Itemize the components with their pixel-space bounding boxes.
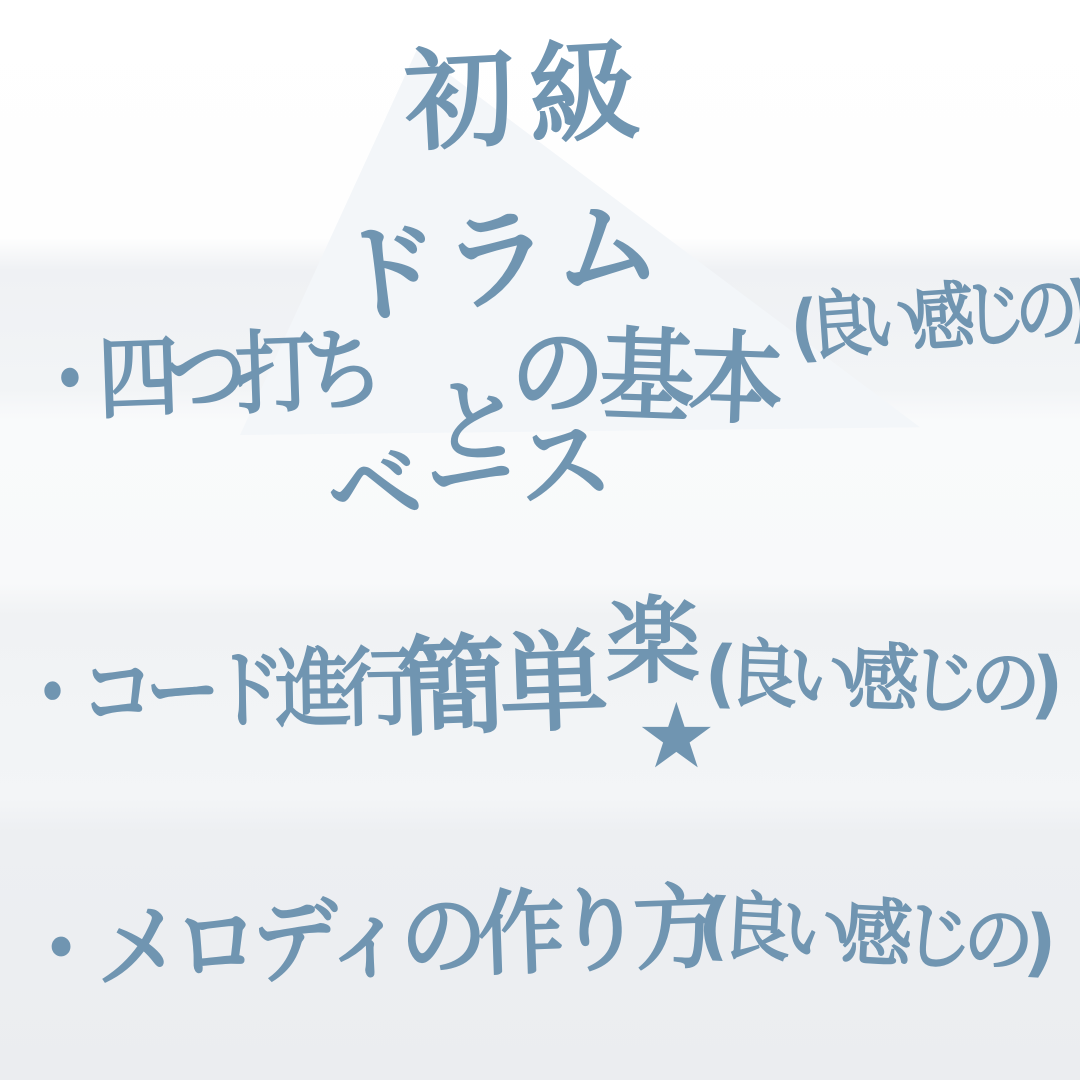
item2-good-feel-note: (良い感じの) xyxy=(703,636,1055,722)
item2-easy-descriptor: 簡単 xyxy=(396,629,604,744)
item3-good-feel-note: (良い感じの) xyxy=(696,888,1049,980)
bullet-item-melody-writing: ・メロディの作り方 xyxy=(16,882,713,998)
item1-good-feel-note: (良い感じの) xyxy=(788,271,1080,365)
item1-basics-suffix: の基本 xyxy=(509,322,780,431)
bullet-item-chord-progression: ・コード進行 xyxy=(14,645,406,738)
level-label: 初級 xyxy=(402,35,655,158)
item2-fun-accent: 楽 ★ xyxy=(606,596,717,782)
fun-kanji-label: 楽 xyxy=(606,596,717,690)
handwritten-note-page: 初級 ドラム と ベース ・四つ打ち の基本 (良い感じの) ・コード進行 簡単… xyxy=(0,0,1080,1080)
bullet-item-four-on-floor: ・四つ打ち xyxy=(28,326,373,428)
